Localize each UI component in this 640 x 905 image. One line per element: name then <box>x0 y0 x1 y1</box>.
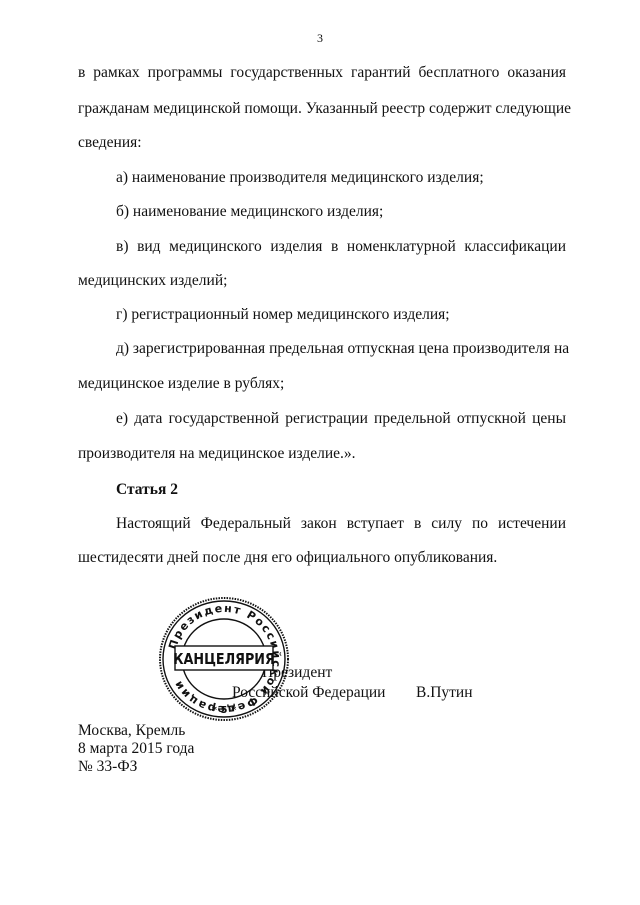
item-v-line-1-text: в) вид медицинского изделия в номенклату… <box>116 238 566 256</box>
item-b: б) наименование медицинского изделия; <box>116 203 383 221</box>
intro-line-1: в рамках программы государственных гаран… <box>78 64 566 82</box>
footer-date: 8 марта 2015 года <box>78 740 194 757</box>
footer-law-number: № 33-ФЗ <box>78 758 137 775</box>
item-v-line-2: медицинских изделий; <box>78 272 227 290</box>
svg-text:* 5 *: * 5 * <box>212 705 237 716</box>
article-line-2: шестидесяти дней после дня его официальн… <box>78 549 497 567</box>
item-d-line-1: д) зарегистрированная предельная отпускн… <box>116 340 566 358</box>
intro-line-1-text: в рамках программы государственных гаран… <box>78 64 566 82</box>
intro-line-2: гражданам медицинской помощи. Указанный … <box>78 100 566 118</box>
item-a: а) наименование производителя медицинско… <box>116 169 484 187</box>
item-d-line-1-text: д) зарегистрированная предельная отпускн… <box>116 340 566 358</box>
item-g: г) регистрационный номер медицинского из… <box>116 306 450 324</box>
item-e-line-1: е) дата государственной регистрации пред… <box>116 410 566 428</box>
intro-line-2-text: гражданам медицинской помощи. Указанный … <box>78 100 566 118</box>
intro-line-3: сведения: <box>78 134 142 152</box>
article-line-1: Настоящий Федеральный закон вступает в с… <box>116 515 566 533</box>
item-e-line-1-text: е) дата государственной регистрации пред… <box>116 410 566 428</box>
official-seal-stamp: Президент Российской Федерации * 5 * КАН… <box>158 596 290 722</box>
item-d-line-2: медицинское изделие в рублях; <box>78 375 284 393</box>
page-number: 3 <box>0 31 640 46</box>
article-heading: Статья 2 <box>116 481 178 499</box>
item-v-line-1: в) вид медицинского изделия в номенклату… <box>116 238 566 256</box>
svg-text:КАНЦЕЛЯРИЯ: КАНЦЕЛЯРИЯ <box>173 651 275 668</box>
seal-icon: Президент Российской Федерации * 5 * КАН… <box>158 596 290 722</box>
signature-name: В.Путин <box>416 684 473 702</box>
footer-place: Москва, Кремль <box>78 722 185 739</box>
article-line-1-text: Настоящий Федеральный закон вступает в с… <box>116 515 566 533</box>
item-e-line-2: производителя на медицинское изделие.». <box>78 445 356 463</box>
